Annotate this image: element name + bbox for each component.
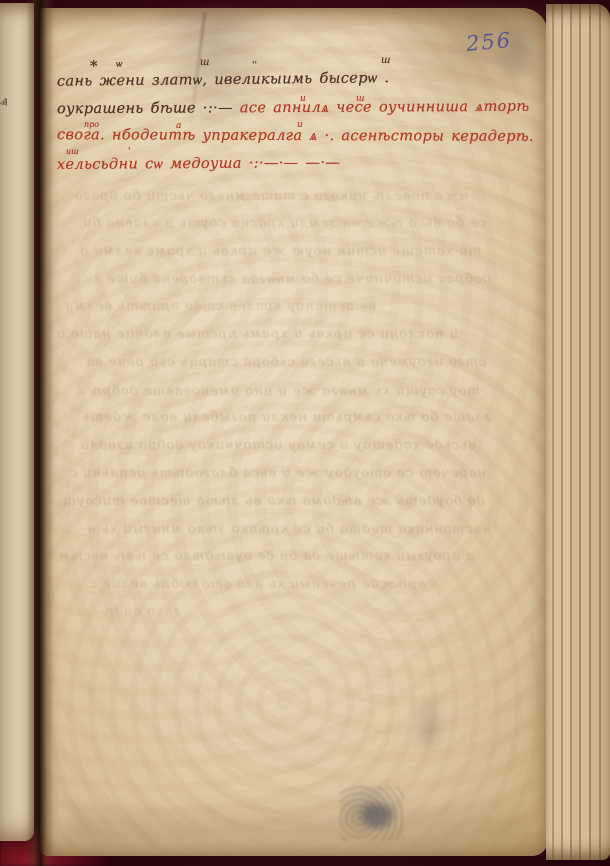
bleedthrough-line-8: тоу соущи хь мнѡго же и ино именовавше д… [50, 383, 480, 399]
bleedthrough-line-9: глаше бо ѣко сьмрьти некли погыбели воле… [46, 410, 491, 425]
manuscript-line-1: сань жени златѡ, ивеликыимь бысерѡ . [57, 70, 389, 90]
manuscript-line-4: хельсьдни сѡ медоуша ·:·—·— —·— [57, 155, 340, 174]
manuscript-segment-red-ink: свога. нбодеитѣ упракералга ѧ ·. асенѣст… [57, 127, 534, 145]
gutter-shadow [26, 0, 54, 866]
manuscript-segment-dark-ink: оукрашень бѣше ·:·— [57, 100, 240, 117]
superscript-mark-12: ' [128, 148, 130, 157]
bleedthrough-line-15: прѣжде реченыи хь вла столюбць велие с [66, 577, 426, 592]
superscript-mark-6: и [300, 95, 306, 104]
superscript-mark-9: а [176, 122, 181, 131]
bleedthrough-line-6: и поклони се црквь и храмь прстые влдчце… [58, 327, 458, 342]
superscript-mark-2: ѡ [116, 60, 122, 70]
bleedthrough-line-16: гако видѣ [70, 604, 180, 619]
manuscript-segment-dark-ink: сань жени златѡ, ивеликыимь бысерѡ . [57, 70, 389, 89]
facing-page-ink-mark: ѧ [0, 90, 11, 110]
superscript-mark-11: иш [66, 148, 79, 156]
manuscript-segment-red-ink: асе апнилѧ чесе оучинниша ѧторѣ [240, 99, 530, 117]
manuscript-line-3: свога. нбодеитѣ упракералга ѧ ·. асенѣст… [57, 127, 534, 146]
superscript-mark-1: * [90, 59, 98, 74]
manuscript-line-2: оукрашень бѣше ·:·— асе апнилѧ чесе оучи… [57, 99, 530, 118]
superscript-mark-3: ш [200, 58, 209, 68]
manuscript-segment-red-ink: хельсьдни сѡ медоуша ·:·—·— —·— [57, 155, 340, 173]
bleedthrough-line-3: ти хотеще истин ноую же црквь и храмь ве… [46, 244, 481, 259]
bleedthrough-line-10: вьсьде ходещоу и семоу источникоу добро … [56, 438, 476, 453]
bleedthrough-line-12: да боудеть же вѣдомо ѣко вь лѣто шестое … [50, 494, 485, 509]
page-number: 256 [465, 28, 513, 56]
bleedthrough-line-1: иже повелѣ никого с таше мнѡго чьсти бо … [68, 188, 468, 204]
bleedthrough-line-11: наречет се отоудоу же и вьса благодѣть и… [46, 466, 486, 481]
superscript-mark-5: ш [381, 56, 390, 66]
superscript-mark-8: про [84, 121, 99, 129]
bleedthrough-line-14: а дроугыи хотѣше да би се оувѣдѣло се ѣв… [54, 549, 474, 564]
bleedthrough-line-13: наставника шедша би се крѣпко зѣло мнѡгы… [46, 521, 491, 537]
bleedthrough-line-5: вь истиноу кралев ство приѣть велми [46, 299, 376, 314]
bleedthrough-line-7: стго игоумена и вьсего сьбора старць сьи… [46, 355, 486, 370]
superscript-mark-4: '' [252, 62, 257, 71]
bleedthrough-line-4: добраа источниче се бо мнѡгаа сьтворена … [46, 271, 491, 287]
manuscript-photo: ѧ 256 сань жени златѡ, ивеликыимь бысерѡ… [0, 0, 610, 866]
superscript-mark-10: и [297, 121, 303, 130]
bleedthrough-line-2: се бо вьса ѣже на земли красна соуть и с… [46, 216, 486, 231]
fore-edge-page-stack [546, 4, 610, 860]
superscript-mark-7: ш [356, 95, 365, 104]
